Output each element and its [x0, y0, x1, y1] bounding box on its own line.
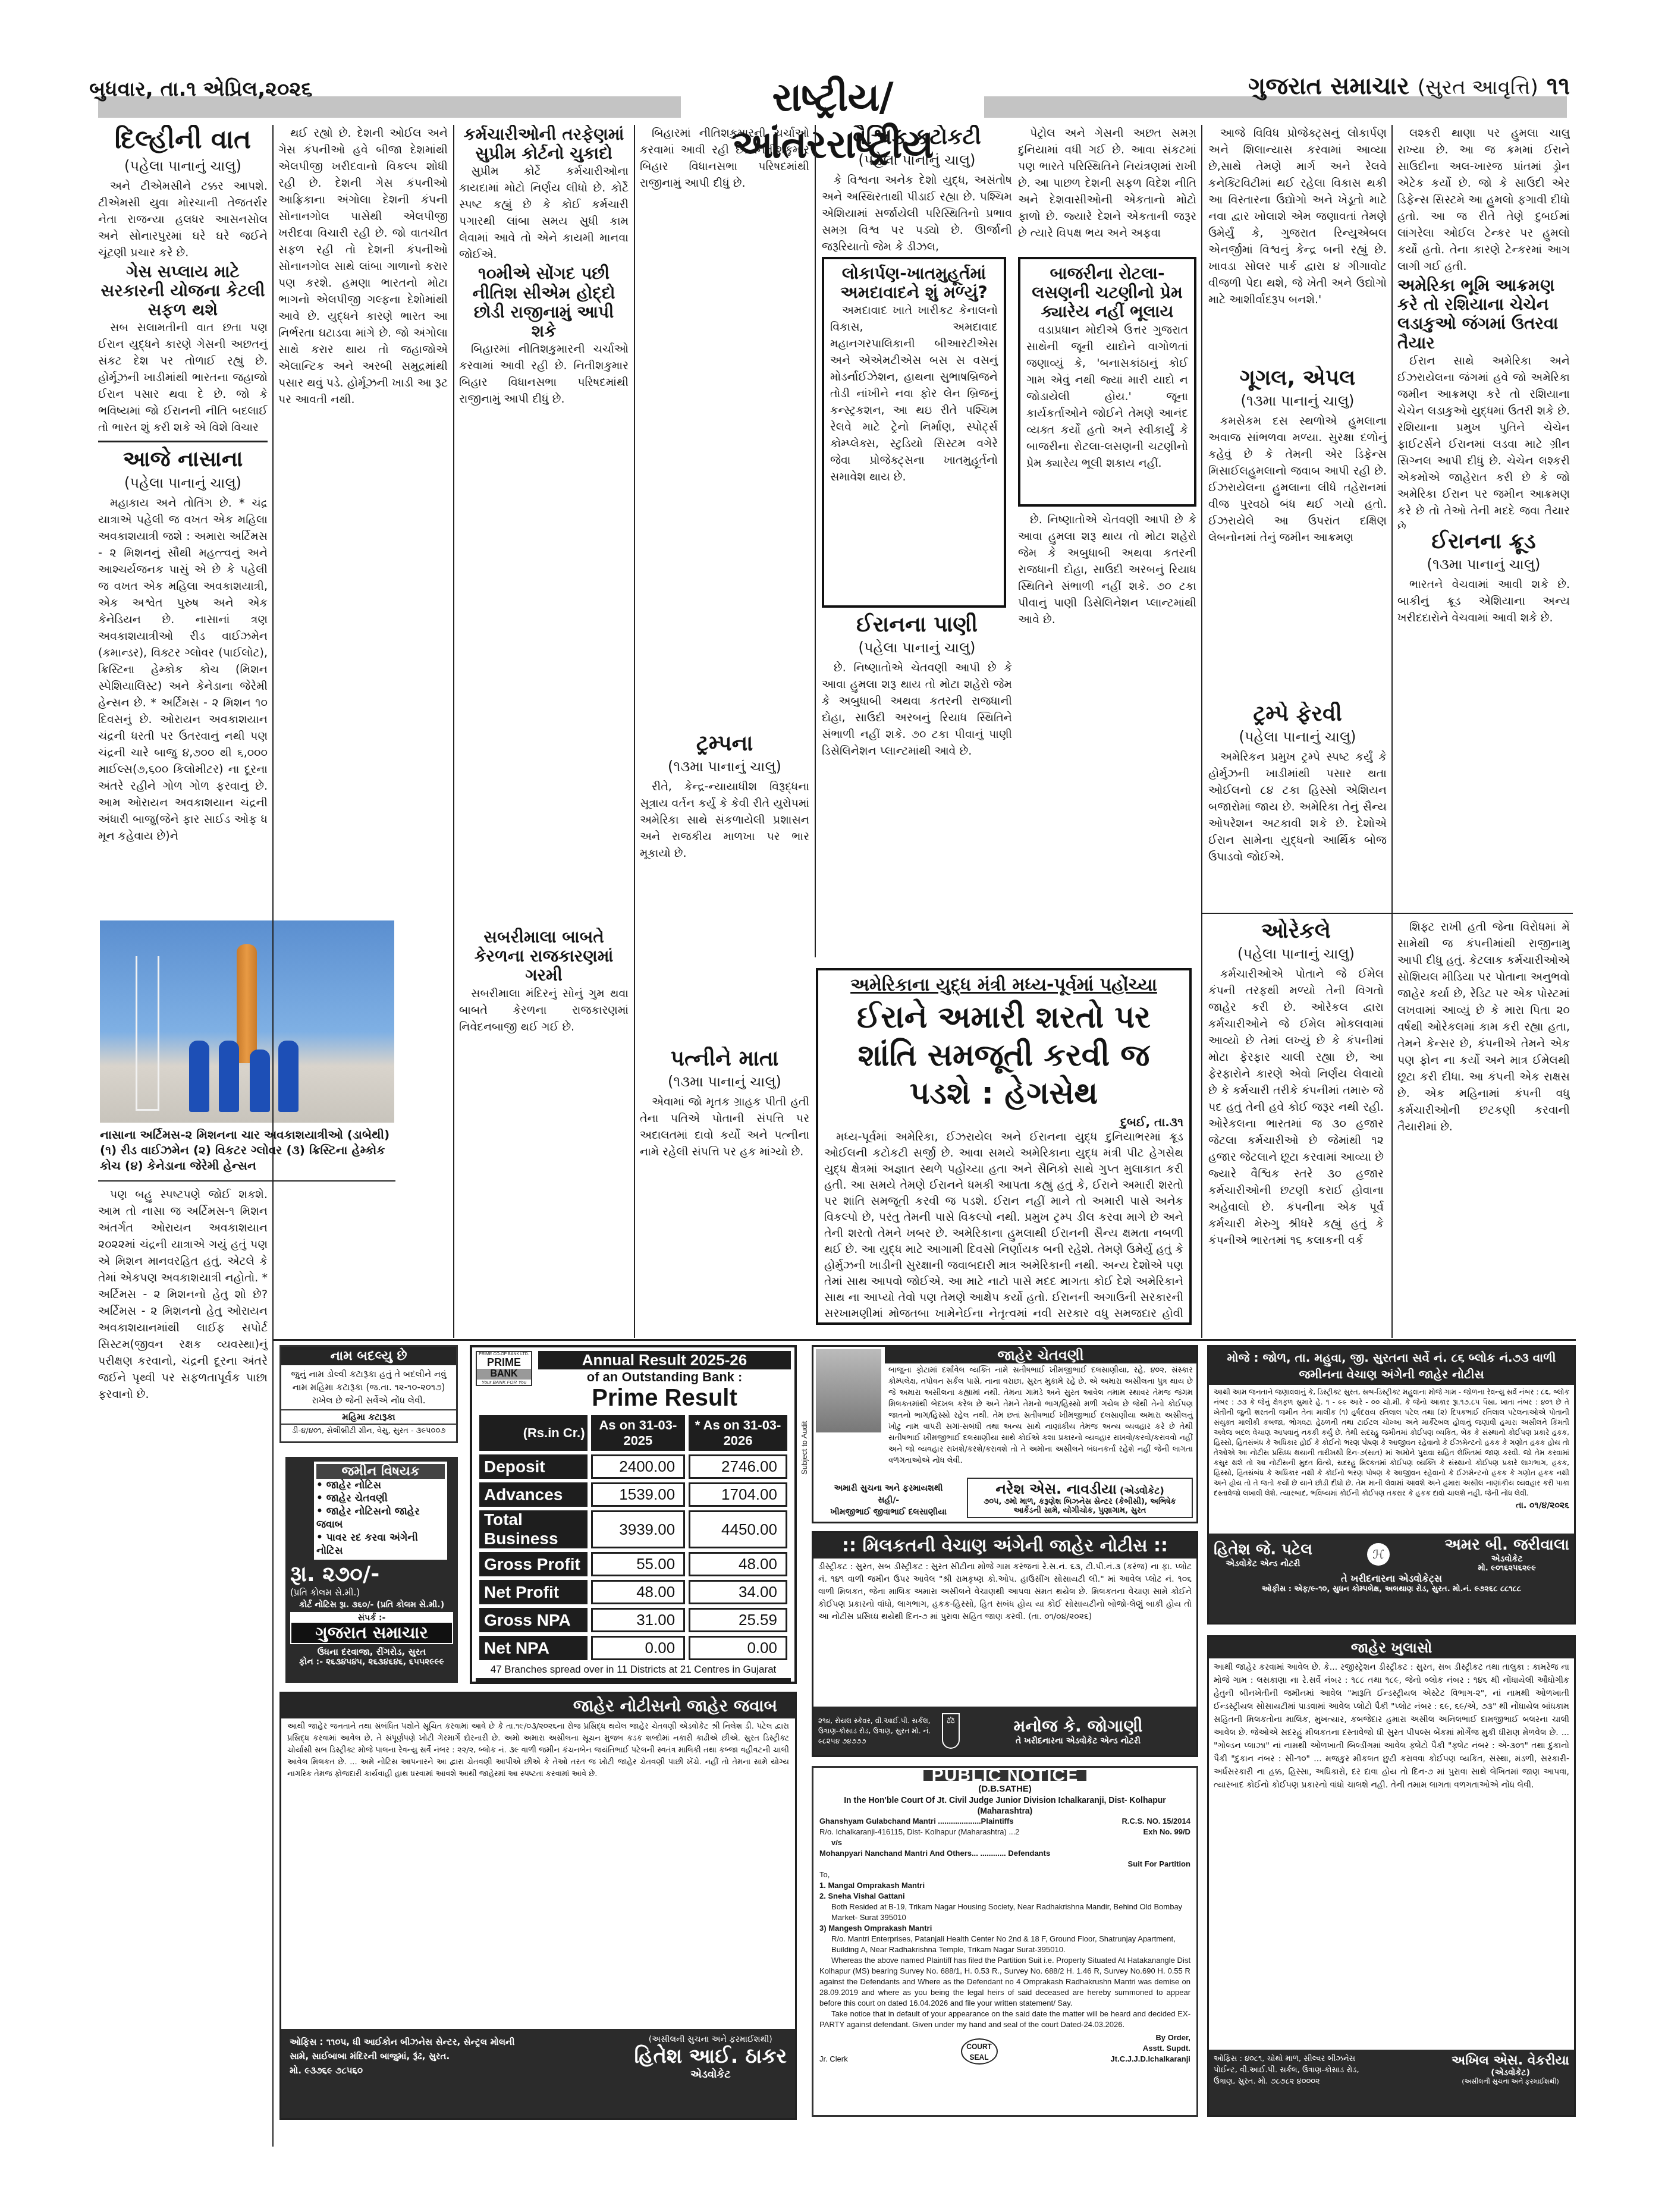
plaintiff-address-row: R/o. Ichalkaranji-416115, Dist- Kolhapur… — [819, 1827, 1190, 1837]
advocate-footer: ઓફિસ : ૪૦૮૧, ચોથો માળ, સીલ્વર બીઝનેસ પોઈ… — [1209, 2050, 1574, 2115]
plaintiff: Ghanshyam Gulabchand Mantri ............… — [819, 1816, 1014, 1827]
table-row: Net NPA0.000.00 — [479, 1636, 787, 1660]
public-warning-ad: જાહેર ચેતવણી બાજુના ફોટામાં દર્શાવેલ વ્ય… — [812, 1345, 1198, 1523]
signatory-title: Asstt. Supdt. — [1111, 2043, 1190, 2054]
projects-article: આજે વિવિધ પ્રોજેક્ટ્સનું લોકાર્પણ અને શિ… — [1208, 125, 1387, 363]
column-1-lower: પણ બહુ સ્પષ્ટપણે જોઈ શકશે. આમ તો નાસા જ … — [98, 1186, 268, 2150]
table-row: Deposit2400.002746.00 — [479, 1454, 787, 1479]
article-headline: દિલ્હીની વાત — [98, 125, 268, 155]
bank-ad-header: PRIME CO-OP BANK LTD. PRIME BANK Your BA… — [476, 1351, 791, 1412]
addressee: 2. Sneha Vishal Gattani — [819, 1891, 1190, 1902]
article-headline: ઈરાનના પાણી — [822, 612, 1012, 637]
ad-item: • જાહેર નોટિસ — [316, 1479, 445, 1492]
hegseth-box: અમેરિકાના યુદ્ધ મંત્રી મધ્ય-પૂર્વમાં પહો… — [816, 968, 1192, 1325]
name-change-ad: નામ બદલ્યુ છે જુનું નામ ડોલ્વી કટારૂકા હ… — [279, 1345, 458, 1443]
reply-notice-ad: જાહેર નોટીસનો જાહેર જવાબ આથી જાહેર જનતાન… — [279, 1692, 797, 2120]
order-note: (અસીલની સુચના અને ફરમાઈશથી) — [1452, 2078, 1569, 2086]
disclosure-notice-ad: જાહેર ખુલાસો આથી જાહેર કરવામાં આવેલ છે. … — [1207, 1635, 1576, 2117]
addressee: 1. Mangal Omprakash Mantri — [819, 1880, 1190, 1891]
value-2026: 4450.00 — [689, 1510, 787, 1548]
sabarimala-article: સબરીમાલા બાબતે કેરળના રાજકારણમાં ગરમી સબ… — [459, 928, 629, 1338]
divider — [98, 441, 268, 442]
advocate-office: ઓફીસ : એફ/૯-૧૦, સુધન કોમ્પલેક્ષ, અલથાણ ર… — [1214, 1585, 1569, 1594]
table-row: Net Profit48.0034.00 — [479, 1580, 787, 1604]
article-body: છે. નિષ્ણાતોએ ચેતવણી આપી છે કે આવા હુમલા… — [822, 659, 1012, 759]
notice-date: તા. ૦૧/૪/૨૦૨૬ — [1209, 1501, 1574, 1510]
iran-crude-article: ઈરાનના ક્રૂડ (૧૩મા પાનાનું ચાલુ) ભારતને … — [1397, 529, 1570, 957]
article-headline: આજે નાસાના — [98, 447, 268, 472]
ad-item: • પાવર રદ કરવા અંગેની નોટિસ — [316, 1531, 445, 1557]
wife-article: પત્નીને માતા (૧૩મા પાનાનું ચાલુ) એવામાં … — [640, 1047, 809, 1338]
article-headline: પત્નીને માતા — [640, 1047, 809, 1071]
advocate-mobile: મો. ૯૦૧૬૨૫૬૨૯૯ — [1444, 1564, 1569, 1573]
signatory-office: Jt.C.J.J.D.Ichalkaranji — [1111, 2054, 1190, 2065]
article-headline: લોકાર્પણ-ખાતમુહૂર્તમાં અમદાવાદને શું મળ્… — [830, 264, 998, 302]
notice-body: Whereas the above named Plaintiff has fi… — [819, 1955, 1190, 2009]
rate-unit: (પ્રતિ કોલમ સે.મી.) — [290, 1587, 453, 1598]
paper-name-block: ગુજરાત સમાચાર (સુરત આવૃત્તિ) ૧૧ — [1248, 73, 1570, 100]
advocate-name: નરેશ એસ. નાવડીયા — [995, 1481, 1117, 1497]
continued-label: (૧૩મા પાનાનું ચાલુ) — [1208, 392, 1387, 409]
advocate-1: હિતેશ જે. પટેલ એડવોકેટ એન્ડ નોટરી — [1214, 1541, 1312, 1569]
court-rate: કોર્ટ નોટિસ રૂા. ૩૬૦/- (પ્રતિ કોલમ સે.મી… — [290, 1600, 453, 1610]
value-2026: 25.59 — [689, 1608, 787, 1632]
value-2025: 31.00 — [591, 1608, 686, 1632]
plaintiff-row: Ghanshyam Gulabchand Mantri ............… — [819, 1816, 1190, 1827]
advocate-name: મનોજ કે. જોગાણી — [965, 1716, 1192, 1736]
ad-body: ડીસ્ટ્રીકટ : સુરત, સબ ડીસ્ટ્રીકટ : સુરત … — [813, 1559, 1196, 1626]
land-notice-rate-ad: જમીન વિષયક • જાહેર નોટિસ • જાહેર ચેતવણી … — [285, 1457, 458, 1683]
advocate-title: એડવોકેટ — [1444, 1554, 1569, 1564]
versus: v/s — [819, 1837, 1190, 1848]
continued-label: (પહેલા પાનાનું ચાલુ) — [822, 152, 1012, 168]
russia-article: લશ્કરી થાણા પર હુમલા ચાલુ રાખ્યા છે. આ જ… — [1397, 125, 1570, 529]
by-order: By Order, — [1111, 2032, 1190, 2043]
article-kicker: અમેરિકાના યુદ્ધ મંત્રી મધ્ય-પૂર્વમાં પહો… — [824, 975, 1183, 996]
bank-logo-word: PRIME — [477, 1356, 531, 1369]
bank-ad-banner: Prime Result — [538, 1385, 791, 1412]
advocate-logo-icon: ℋ — [1367, 1543, 1390, 1566]
row-label: Total Business — [479, 1510, 588, 1548]
trump-article: ટ્રમ્પના (૧૩મા પાનાનું ચાલુ) રીતે, કેન્દ… — [640, 731, 809, 1041]
branches-note: 47 Branches spread over in 11 Districts … — [476, 1664, 791, 1676]
article-body: વડાપ્રધાન મોદીએ ઉત્તર ગુજરાત સાથેની જૂની… — [1026, 322, 1188, 472]
article-subhead: ૧૦મીએ સોંગદ પછી નીતિશ સીએમ હોદ્દો છોડી ર… — [459, 264, 629, 341]
row-label: Net Profit — [479, 1580, 588, 1604]
contact-phone: ફોન :- ૨૬૩૪૫૪૫, ૨૬૩૪૬૪૬, ૬૫૫૨૯૯૯ — [290, 1657, 453, 1667]
continued-label: (પહેલા પાનાનું ચાલુ) — [1208, 728, 1387, 745]
ad-body: આથી જાહેર જનતાને તથા સંબંધિત પક્ષોને સૂચ… — [281, 1718, 795, 1783]
article-headline: ટ્રમ્પના — [640, 731, 809, 756]
advocate-title: એડવોકેટ — [634, 2068, 787, 2081]
table-row: Gross NPA31.0025.59 — [479, 1608, 787, 1632]
signatory-block: By Order, Asstt. Supdt. Jt.C.J.J.D.Ichal… — [1111, 2032, 1190, 2065]
astronaut-figure — [189, 1041, 209, 1112]
value-2025: 0.00 — [591, 1636, 686, 1660]
table-row: Gross Profit55.0048.00 — [479, 1552, 787, 1576]
column-rule — [815, 125, 816, 957]
masthead: બુધવાર, તા.૧ એપ્રિલ,૨૦૨૬ રાષ્ટ્રીય/આંતરર… — [0, 0, 1665, 119]
edition: (સુરત આવૃત્તિ) — [1418, 76, 1538, 99]
ad-body: જુનું નામ ડોલ્વી કટારૂકા હતું તે બદલીને … — [281, 1365, 456, 1409]
ad-item: • જાહેર ચેતવણી — [316, 1492, 445, 1505]
article-body: ઈરાન સાથે અમેરિકા અને ઈઝરાયેલના જંગમાં હ… — [1397, 353, 1570, 529]
ad-signatory: મહિમા કટારૂકા — [281, 1409, 456, 1424]
value-2025: 55.00 — [591, 1552, 686, 1576]
property-sale-notice-ad: :: મિલકતની વેચાણ અંગેની જાહેર નોટીસ :: ડ… — [812, 1531, 1198, 1757]
continued-label: (પહેલા પાનાનું ચાલુ) — [1208, 945, 1384, 962]
article-subhead: અમેરિકા ભૂમિ આક્રમણ કરે તો રશિયાના ચેચેન… — [1397, 276, 1570, 353]
article-body: ભારતને વેચવામાં આવી શકે છે. બાકીનું ક્રૂ… — [1397, 576, 1570, 626]
page-number: ૧૧ — [1547, 73, 1570, 100]
defendant: Mohanpyari Nanchand Mantri And Others...… — [819, 1848, 1190, 1859]
advocate-footer: હિતેશ જે. પટેલ એડવોકેટ એન્ડ નોટરી ℋ અમર … — [1209, 1534, 1574, 1623]
prime-bank-ad: PRIME CO-OP BANK LTD. PRIME BANK Your BA… — [470, 1345, 797, 1684]
article-subhead: ગેસ સપ્લાય માટે સરકારની યોજના કેટલી સફળ … — [98, 262, 268, 320]
column-3: કર્મચારીઓની તરફેણમાં સુપ્રીમ કોર્ટનો ચુક… — [459, 125, 629, 922]
ad-title: નામ બદલ્યુ છે — [281, 1347, 456, 1365]
audit-note: Subject to Audit — [800, 1391, 809, 1475]
divider — [98, 1180, 395, 1182]
article-headline: સબરીમાલા બાબતે કેરળના રાજકારણમાં ગરમી — [459, 928, 629, 985]
ad-title: જાહેર નોટીસનો જાહેર જવાબ — [281, 1693, 795, 1718]
article-body: એવામાં જો મૃતક ગ્રાહક પીતી હતી તેના પતિએ… — [640, 1094, 809, 1160]
article-body: બિહારમાં નીતિશકુમારની ચર્ચાઓ કરવામાં આવી… — [459, 341, 629, 407]
article-body: મહાકાય અને તોતિંગ છે. * ચંદ્ર યાત્રાએ પહ… — [98, 495, 268, 844]
advocate-office-block: ઓફિસ : ૧૧૦૫, ધી આઈકોન બીઝનેસ સેન્ટર, સેન… — [290, 2035, 516, 2112]
article-body: રીતે, કેન્દ્ર-ન્યાયાધીશ વિરૂદ્ધના સૂત્રા… — [640, 778, 809, 862]
addressee-address: Both Resided at B-19, Trikam Nagar Housi… — [819, 1902, 1190, 1923]
article-body: કમસેકમ દસ સ્થળોએ હુમલાના અવાજ સાંભળવા મળ… — [1208, 413, 1387, 546]
jol-land-sale-notice-ad: મોજે : જોળ, તા. મહુવા, જી. સુરતના સર્વે … — [1207, 1345, 1576, 1625]
ahmedabad-box: લોકાર્પણ-ખાતમુહૂર્તમાં અમદાવાદને શું મળ્… — [822, 257, 1006, 608]
article-headline: ટ્રમ્પે ફેરવી — [1208, 702, 1387, 726]
column-rule — [1391, 125, 1393, 1338]
bank-ad-title-block: Annual Result 2025-26 of an Outstanding … — [538, 1351, 791, 1412]
continued-label: (૧૩મા પાનાનું ચાલુ) — [640, 758, 809, 775]
paper-name: ગુજરાત સમાચાર — [1248, 73, 1409, 100]
ad-title: જાહેર ચેતવણી — [885, 1347, 1196, 1363]
article-headline: ઈરાને અમારી શરતો પર શાંતિ સમજૂતી કરવી જ … — [824, 998, 1183, 1113]
advocate-name: અમર બી. જરીવાલા — [1444, 1536, 1569, 1554]
warning-sign-block: અમારી સુચના અને ફરમાયશથી સહી/- ખીમજીભાઈ … — [817, 1482, 960, 1518]
public-notice-label: PUBLIC NOTICE — [923, 1770, 1086, 1781]
row-label: Net NPA — [479, 1636, 588, 1660]
article-body: સુપ્રીમ કોર્ટે કર્મચારીઓના કાયદામાં મોટો… — [459, 163, 629, 263]
notice-body: Take notice that in default of your appe… — [819, 2009, 1190, 2030]
ad-title: જમીન વિષયક — [316, 1464, 445, 1479]
crisis-article-continued: પેટ્રોલ અને ગેસની અછત સમગ્ર દુનિયામાં વધ… — [1018, 125, 1196, 244]
value-2026: 1704.00 — [689, 1482, 787, 1507]
bank-name: Prime Co-Op.Bank Ltd. — [482, 1682, 785, 1684]
judge-name: (D.B.SATHE) — [819, 1784, 1190, 1795]
contact-name-logo: ગુજરાત સમાચાર — [291, 1623, 452, 1643]
contact-label: સંપર્ક :- — [291, 1613, 452, 1623]
article-body: પણ બહુ સ્પષ્ટપણે જોઈ શકશે. આમ તો નાસા જ … — [98, 1186, 268, 1403]
column-rule — [1201, 125, 1202, 1338]
value-2026: 34.00 — [689, 1580, 787, 1604]
article-body: સબરીમાલા મંદિરનું સોનું ગુમ થવા બાબતે કે… — [459, 985, 629, 1035]
continued-label: (પહેલા પાનાનું ચાલુ) — [822, 639, 1012, 656]
article-body: મધ્ય-પૂર્વમાં અમેરિકા, ઈઝરાયેલ અને ઈરાનન… — [824, 1129, 1183, 1325]
client-name: ખીમજીભાઈ જીવાભાઈ દલસાણીયા — [817, 1506, 960, 1518]
advocate-name: હિતેશ જે. પટેલ — [1214, 1541, 1312, 1559]
ad-title: :: મિલકતની વેચાણ અંગેની જાહેર નોટીસ :: — [813, 1533, 1196, 1559]
value-2025: 3939.00 — [591, 1510, 686, 1548]
iran-water-continued: છે. નિષ્ણાતોએ ચેતવણી આપી છે કે આવા હુમલા… — [1018, 511, 1196, 951]
ad-body: આથી જાહેર કરવામાં આવેલ છે. કે... રજીસ્ટ્… — [1209, 1658, 1574, 1794]
value-2025: 48.00 — [591, 1580, 686, 1604]
table-header-2025: As on 31-03-2025 — [591, 1415, 686, 1451]
court-seal-icon: COURT SEAL — [961, 2038, 998, 2065]
article-body: છે. નિષ્ણાતોએ ચેતવણી આપી છે કે આવા હુમલા… — [1018, 511, 1196, 628]
column-2: થઈ રહ્યો છે. દેશની ઓઈલ અને ગેસ કંપનીઓ હવ… — [278, 125, 448, 916]
article-headline: ઈરાનના ક્રૂડ — [1397, 529, 1570, 554]
advocate-office: ઓફિસ : ૧૧૦૫, ધી આઈકોન બીઝનેસ સેન્ટર, સેન… — [290, 2035, 516, 2063]
advocate-title: એડવોકેટ એન્ડ નોટરી — [1214, 1559, 1312, 1569]
dateline: દુબઈ, તા.૩૧ — [824, 1115, 1183, 1129]
bank-ad-title: Annual Result 2025-26 — [538, 1351, 791, 1369]
bank-tagline: Your BANK FOR You — [477, 1380, 531, 1385]
addressee: 3) Mangesh Omprakash Mantri — [819, 1923, 1190, 1934]
table-header-2026: * As on 31-03-2026 — [689, 1415, 787, 1451]
bank-footer: Prime Co-Op.Bank Ltd. fX◎in Visit : www.… — [476, 1678, 791, 1684]
row-label: Deposit — [479, 1454, 588, 1479]
addressee-label: To, — [819, 1869, 1190, 1880]
suit-type: Suit For Partition — [819, 1859, 1190, 1869]
person-photo — [816, 1349, 881, 1432]
continued-label: (પહેલા પાનાનું ચાલુ) — [98, 475, 268, 491]
divider — [1201, 913, 1573, 914]
ad-item: • જાહેર નોટિસનો જાહેર જવાબ — [316, 1505, 445, 1531]
astronaut-figure — [219, 1041, 239, 1112]
clerk-label: Jr. Clerk — [819, 2054, 848, 2065]
article-body: અમેરિકન પ્રમુખ ટ્રમ્પે સ્પષ્ટ કર્યું કે … — [1208, 749, 1387, 865]
rate-card: જમીન વિષયક • જાહેર નોટિસ • જાહેર ચેતવણી … — [314, 1462, 447, 1560]
iran-water-article: ઈરાનના પાણી (પહેલા પાનાનું ચાલુ) છે. નિષ… — [822, 612, 1012, 951]
column-rule — [453, 125, 454, 1338]
value-2025: 1539.00 — [591, 1482, 686, 1507]
plaintiff-address: R/o. Ichalkaranji-416115, Dist- Kolhapur… — [819, 1827, 1019, 1837]
row-label: Gross Profit — [479, 1552, 588, 1576]
ad-address: ડી-૪/૪૦૧, સેલીબ્રીટી ગ્રીન, વેસુ, સુરત -… — [281, 1424, 456, 1438]
contact-block: સંપર્ક :- ગુજરાત સમાચાર — [290, 1612, 453, 1644]
article-body: શિફ્ટ રાખી હતી જેના વિરોધમાં મેં સામેથી … — [1397, 919, 1570, 1135]
ad-body: આથી આમ જનતાને જણાવવાનું કે, ડિસ્ટ્રીક્ટ … — [1209, 1385, 1574, 1501]
order-note: (અસીલની સુચના અને ફરમાઈશથી) — [634, 2035, 787, 2044]
advocates-row: હિતેશ જે. પટેલ એડવોકેટ એન્ડ નોટરી ℋ અમર … — [1214, 1536, 1569, 1573]
advocate-title: (એડવોકેટ) — [1452, 2068, 1569, 2078]
table-row: Advances1539.001704.00 — [479, 1482, 787, 1507]
value-2025: 2400.00 — [591, 1454, 686, 1479]
issue-date: બુધવાર, તા.૧ એપ્રિલ,૨૦૨૬ — [89, 77, 313, 101]
ads-divider — [274, 1339, 1576, 1341]
continued-label: (પહેલા પાનાનું ચાલુ) — [98, 158, 268, 174]
row-label: Advances — [479, 1482, 588, 1507]
advocate-role: તે ખરીદનારના એડવોકેટ્સ — [1214, 1573, 1569, 1585]
oracle-article-continued: શિફ્ટ રાખી હતી જેના વિરોધમાં મેં સામેથી … — [1397, 919, 1570, 1329]
advocate-mobile: મો. ૯૩૭૬૯ ૭૮૫૬૦ — [290, 2063, 516, 2078]
advocate-office: ઓફિસ : ૪૦૮૧, ચોથો માળ, સીલ્વર બીઝનેસ પોઈ… — [1214, 2053, 1380, 2112]
advocate-block: અખિલ એસ. વેકરીયા (એડવોકેટ) (અસીલની સુચના… — [1452, 2053, 1569, 2112]
court-name: In the Hon'ble Court Of Jt. Civil Judge … — [819, 1795, 1190, 1816]
artemis-crew-photo — [100, 920, 394, 1123]
article-body: આજે વિવિધ પ્રોજેક્ટ્સનું લોકાર્પણ અને શિ… — [1208, 125, 1387, 308]
exhibit-number: Exh No. 99/D — [1143, 1827, 1190, 1837]
advocate-block: (અસીલની સુચના અને ફરમાઈશથી) હિતેશ આઈ. ઠા… — [634, 2035, 787, 2112]
addressee-address: R/o. Mantri Enterprises, Patanjali Healt… — [819, 1934, 1190, 1955]
advocate-footer: ઓફિસ : ૧૧૦૫, ધી આઈકોન બીઝનેસ સેન્ટર, સેન… — [281, 2029, 795, 2118]
column-4: બિહારમાં નીતિશકુમારની ચર્ચાઓ કરવામાં આવી… — [640, 125, 809, 725]
crisis-article: વૈશ્વિક કટોકટી (પહેલા પાનાનું ચાલુ) કે વ… — [822, 125, 1012, 256]
ad-title: જાહેર ખુલાસો — [1209, 1637, 1574, 1658]
continued-label: (૧૩મા પાનાનું ચાલુ) — [640, 1073, 809, 1090]
column-rule — [634, 125, 635, 1338]
article-headline: વૈશ્વિક કટોકટી — [822, 125, 1012, 149]
bank-results-table: (Rs.in Cr.) As on 31-03-2025 * As on 31-… — [476, 1412, 791, 1664]
ad-body: બાજુના ફોટામાં દર્શાવેલ વ્યક્તિ નામે સતી… — [885, 1363, 1196, 1468]
launch-tower — [136, 956, 159, 1111]
bank-ad-subtitle: of an Outstanding Bank : — [538, 1369, 791, 1385]
advocate-emblem-icon: ⚖ — [942, 1713, 960, 1749]
advocate-name: હિતેશ આઈ. ઠાકર — [634, 2044, 787, 2068]
trump-ferry-article: ટ્રમ્પે ફેરવી (પહેલા પાનાનું ચાલુ) અમેરિ… — [1208, 702, 1387, 951]
article-headline: ગૂગલ, એપલ — [1208, 366, 1387, 390]
court-public-notice-ad: PUBLIC NOTICE (D.B.SATHE) In the Hon'ble… — [812, 1766, 1198, 2117]
table-header-unit: (Rs.in Cr.) — [479, 1415, 588, 1451]
order-note: અમારી સુચના અને ફરમાયશથી — [817, 1482, 960, 1494]
photo-caption: નાસાના અર્ટિમસ-૨ મિશનના ચાર અવકાશયાત્રીઓ… — [100, 1127, 394, 1173]
row-label: Gross NPA — [479, 1608, 588, 1632]
advocate-name-block: મનોજ કે. જોગાણી તે ખરીદનારના એડવોકેટ એન્… — [965, 1716, 1192, 1746]
advocate-footer: ૨૧૪, રોયલ સ્કેવર, વી.આઈ.પી. સર્કલ, ઉત્રા… — [813, 1707, 1196, 1755]
article-body: પેટ્રોલ અને ગેસની અછત સમગ્ર દુનિયામાં વધ… — [1018, 125, 1196, 241]
article-body: અમદાવાદ ખાતે ખારીકટ કેનાલનો વિકાસ, અમદાવ… — [830, 302, 998, 485]
table-row: Total Business3939.004450.00 — [479, 1510, 787, 1548]
advocate-block: નરેશ એસ. નાવડીયા (એડવોકેટ) ૭૦૫, ૭મો માળ,… — [967, 1478, 1193, 1518]
advocate-title: (એડવોકેટ) — [1120, 1485, 1164, 1496]
bajri-box: બાજરીના રોટલા-લસણની ચટણીનો પ્રેમ ક્યારેય… — [1018, 257, 1196, 507]
article-headline: બાજરીના રોટલા-લસણની ચટણીનો પ્રેમ ક્યારેય… — [1026, 264, 1188, 322]
contact-address: ઉધના દરવાજા, રીંગરોડ, સુરત — [290, 1647, 453, 1657]
advocate-address: ૨૧૪, રોયલ સ્કેવર, વી.આઈ.પી. સર્કલ, ઉત્રા… — [818, 1716, 937, 1746]
value-2026: 2746.00 — [689, 1454, 787, 1479]
case-number: R.C.S. NO. 15/2014 — [1121, 1816, 1190, 1827]
article-headline: ઓરેકલે — [1208, 919, 1384, 943]
article-body: સબ સલામતીની વાત છતા પણ ઈરાન યુદ્ધને કારણ… — [98, 319, 268, 436]
advocate-name: અખિલ એસ. વેકરીયા — [1452, 2053, 1569, 2068]
value-2026: 48.00 — [689, 1552, 787, 1576]
article-body: કે વિશ્વના અનેક દેશો યુદ્ધ, અસંતોષ અને અ… — [822, 172, 1012, 255]
column-rule — [272, 125, 274, 2147]
continued-label: (૧૩મા પાનાનું ચાલુ) — [1397, 556, 1570, 573]
bank-logo-top: PRIME CO-OP BANK LTD. — [477, 1352, 531, 1356]
sls-rocket — [237, 944, 257, 1063]
oracle-article: ઓરેકલે (પહેલા પાનાનું ચાલુ) કર્મચારીઓએ પ… — [1208, 919, 1384, 1329]
astronaut-figure — [278, 1041, 299, 1112]
notice-footer: Jr. Clerk COURT SEAL By Order, Asstt. Su… — [819, 2032, 1190, 2065]
ad-title: મોજે : જોળ, તા. મહુવા, જી. સુરતના સર્વે … — [1209, 1347, 1574, 1385]
value-2026: 0.00 — [689, 1636, 787, 1660]
advocate-address: ૭૦૫, ૭મો માળ, કરૂણેશ બિઝનેસ સેન્ટર (કેબી… — [970, 1497, 1190, 1515]
article-body: બિહારમાં નીતિશકુમારની ચર્ચાઓ કરવામાં આવી… — [640, 125, 809, 191]
article-body: અને ટીએમસીને ટક્કર આપશે. ટીએમસી યુવા મોર… — [98, 178, 268, 261]
google-article: ગૂગલ, એપલ (૧૩મા પાનાનું ચાલુ) કમસેકમ દસ … — [1208, 366, 1387, 699]
bank-logo-bank: BANK — [477, 1369, 531, 1380]
advocate-2: અમર બી. જરીવાલા એડવોકેટ મો. ૯૦૧૬૨૫૬૨૯૯ — [1444, 1536, 1569, 1573]
article-body: કર્મચારીઓએ પોતાને જે ઈમેલ કંપની તરફથી મળ… — [1208, 966, 1384, 1249]
article-headline: કર્મચારીઓની તરફેણમાં સુપ્રીમ કોર્ટનો ચુક… — [459, 125, 629, 163]
article-body: થઈ રહ્યો છે. દેશની ઓઈલ અને ગેસ કંપનીઓ હવ… — [278, 125, 448, 408]
rate-price: રૂા. ૨૭૦/- — [290, 1562, 453, 1587]
bank-logo: PRIME CO-OP BANK LTD. PRIME BANK Your BA… — [476, 1351, 532, 1386]
astronaut-figure — [250, 1050, 270, 1112]
article-body: લશ્કરી થાણા પર હુમલા ચાલુ રાખ્યા છે. આ જ… — [1397, 125, 1570, 275]
advocate-title: તે ખરીદનારના એડવોકેટ એન્ડ નોટરી — [965, 1736, 1192, 1746]
sign-label: સહી/- — [817, 1494, 960, 1506]
